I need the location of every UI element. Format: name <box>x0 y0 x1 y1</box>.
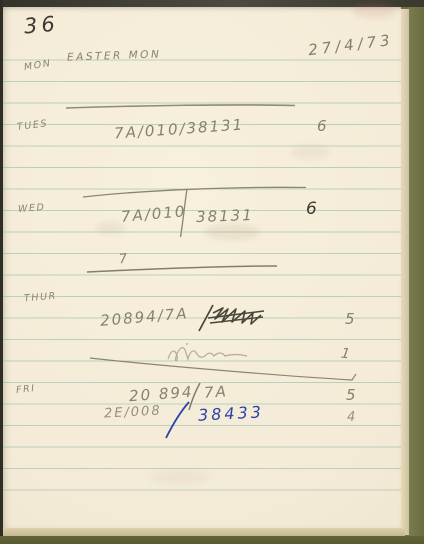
desk-background-right <box>409 7 424 544</box>
desk-background-bottom <box>0 536 424 544</box>
page-stack-right-edge <box>401 9 409 535</box>
ruled-lines <box>3 39 401 510</box>
notebook-page <box>3 7 401 528</box>
photo-top-edge <box>0 0 424 7</box>
fri-code-right: 7A <box>203 382 228 402</box>
notebook-spine-edge <box>0 0 3 536</box>
carry-figure: 7 <box>118 252 128 268</box>
thur-qty: 5 <box>345 310 355 328</box>
wed-qty: 6 <box>306 199 317 219</box>
fri-code2-right: 38433 <box>198 402 265 424</box>
page-stack-bottom-edge <box>3 528 405 536</box>
wed-divisor: 38131 <box>196 206 254 226</box>
fri-code2-left: 2E/008 <box>104 404 162 422</box>
fri-qty: 5 <box>346 386 356 404</box>
notebook-photo: 36 27/4/73 MON EASTER MON TUES 7A/010/38… <box>0 0 424 544</box>
day-label-fri: FRI <box>15 383 36 396</box>
fri-qty2: 4 <box>347 410 355 425</box>
page-number: 36 <box>23 12 60 39</box>
day-label-wed: WED <box>18 202 46 215</box>
tues-qty: 6 <box>317 117 327 135</box>
